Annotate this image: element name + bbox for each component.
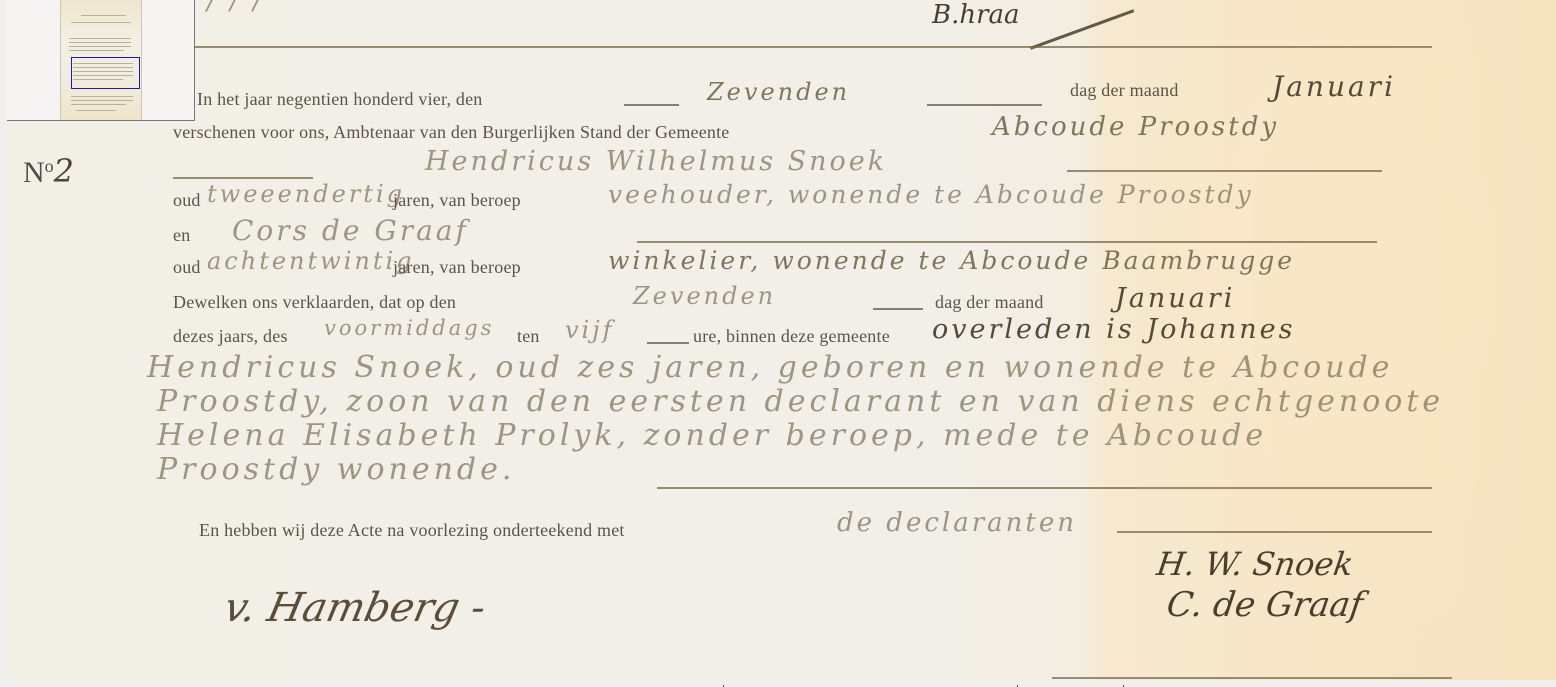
printed-line-7a: Dewelken ons verklaarden, dat op den [173,292,456,313]
handwritten-line-11: Helena Elisabeth Prolyk, zonder beroep, … [157,418,1267,453]
printed-line-6b: jaren, van beroep [393,257,521,278]
blank-line [657,487,1432,489]
printed-line-1b: dag der maand [1070,80,1179,101]
handwritten-time-of-day: voormiddags [324,316,494,340]
printed-line-8c: ure, binnen deze gemeente [693,326,890,347]
record-number-value: 2 [54,152,74,190]
blank-line [927,104,1042,106]
printed-line-4b: jaren, van beroep [393,190,521,211]
handwritten-month-2: Januari [1115,283,1235,314]
registrar-signature: v. Hamberg - [220,585,490,631]
handwritten-declarant-2-name: Cors de Graaf [232,214,469,247]
printed-line-2: verschenen voor ons, Ambtenaar van den B… [173,122,730,143]
handwritten-line-12: Proostdy wonende. [157,452,515,487]
blank-line [1117,531,1432,533]
handwritten-hour: vijf [565,316,615,344]
declarant-1-signature: H. W. Snoek [1154,545,1355,583]
handwritten-signatories: de declaranten [837,508,1077,538]
printed-line-8b: ten [517,326,540,347]
record-number: No2 [23,152,74,190]
handwritten-occupation-2: winkelier, wonende te Abcoude Baambrugge [608,246,1295,275]
printed-line-4a: oud [173,190,201,211]
navigator-panel[interactable] [7,0,195,121]
record-number-prefix: N [23,156,45,189]
blank-line [173,177,313,179]
blank-line [647,342,689,344]
blank-line [1067,170,1382,172]
handwritten-month: Januari [1272,70,1396,103]
declarant-2-signature: C. de Graaf [1164,585,1365,625]
handwritten-deceased-intro: overleden is Johannes [932,314,1296,345]
handwritten-day: Zevenden [707,78,850,106]
handwritten-line-9: Hendricus Snoek, oud zes jaren, geboren … [147,350,1393,385]
blank-line [624,104,679,106]
document-viewer[interactable]: / / / B.hraa No2 In het jaar negentien h… [7,0,1556,680]
handwritten-line-10: Proostdy, zoon van den eersten declarant… [157,384,1444,419]
printed-line-13: En hebben wij deze Acte na voorlezing on… [199,520,625,541]
section-divider [167,46,1432,48]
viewer-bottom-edge [0,680,1556,687]
handwritten-occupation-1: veehouder, wonende te Abcoude Proostdy [608,180,1254,209]
handwritten-municipality: Abcoude Proostdy [992,112,1279,142]
previous-record-fragment: / / / [207,0,265,16]
handwritten-declarant-1-name: Hendricus Wilhelmus Snoek [425,146,887,177]
handwritten-age-1: tweeendertig [207,180,405,208]
printed-line-8a: dezes jaars, des [173,326,288,347]
printed-line-1a: In het jaar negentien honderd vier, den [197,89,482,110]
blank-line [873,308,923,310]
blank-line [637,241,1377,243]
handwritten-day-2: Zevenden [633,282,776,310]
record-number-suffix: o [45,156,54,176]
printed-line-7b: dag der maand [935,292,1044,313]
printed-line-5: en [173,225,190,246]
navigator-viewport-rectangle[interactable] [71,57,140,89]
printed-line-6a: oud [173,257,201,278]
blank-line [1052,677,1452,679]
signature-flourish [1030,9,1134,49]
handwritten-age-2: achtentwintig [207,247,415,275]
top-signature: B.hraa [932,0,1020,30]
